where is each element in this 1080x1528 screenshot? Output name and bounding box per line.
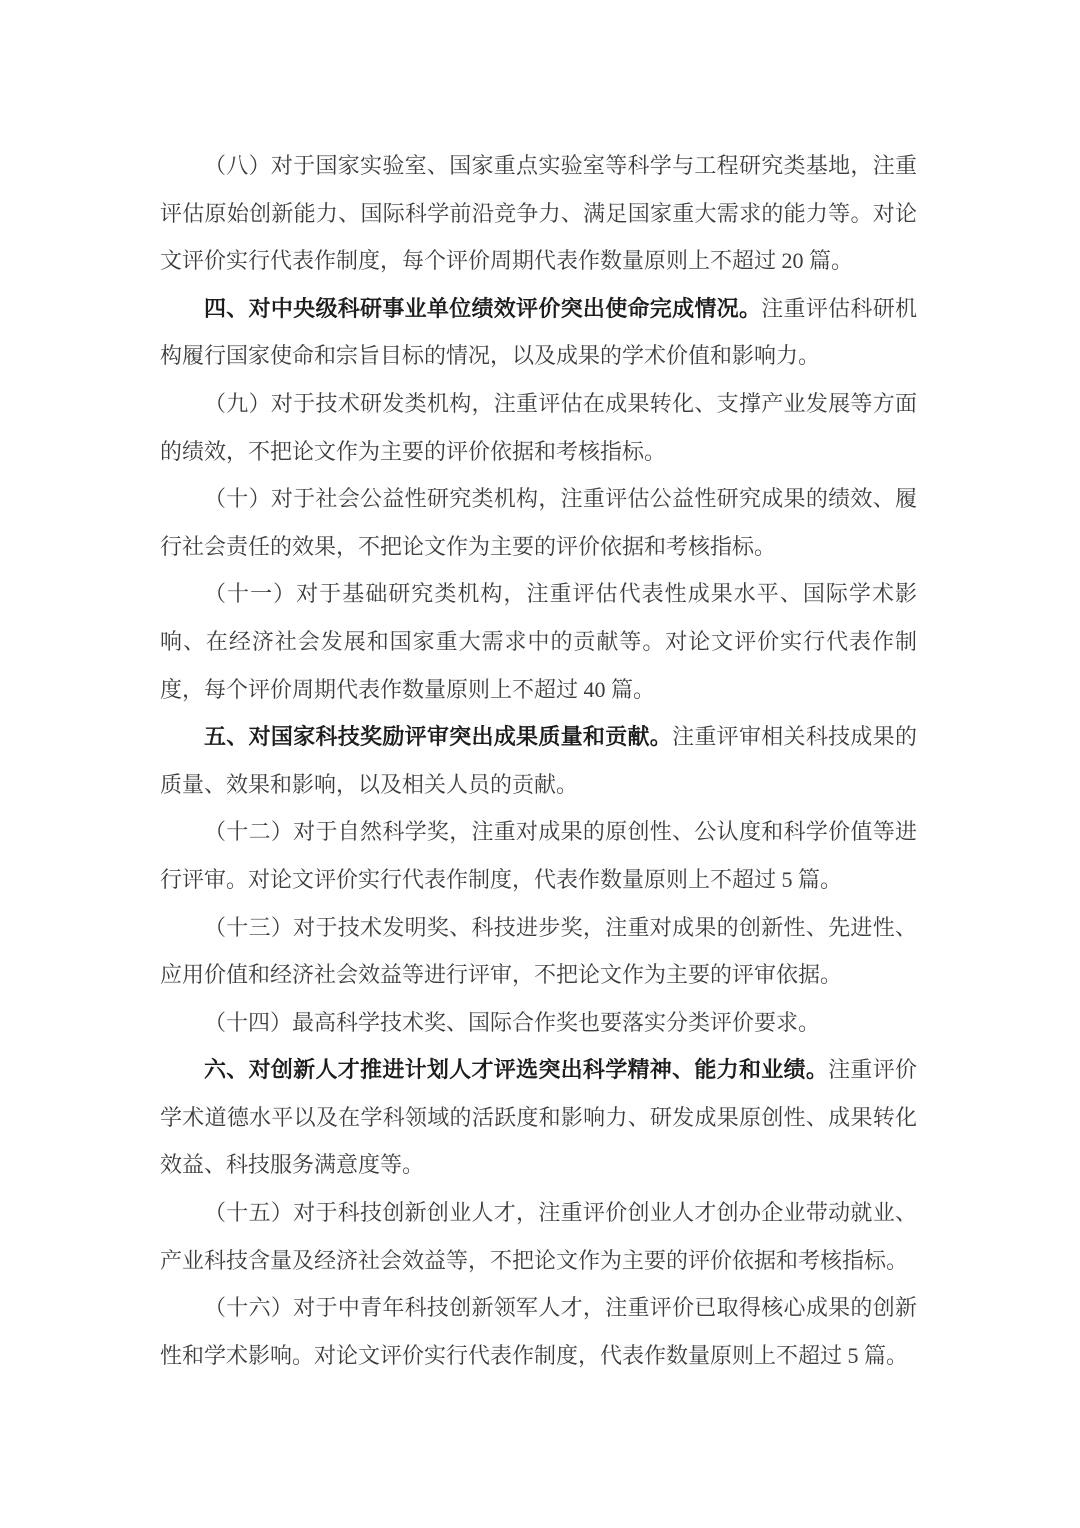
paragraph-text: （十六）对于中青年科技创新领军人才，注重评价已取得核心成果的创新性和学术影响。对…: [160, 1295, 917, 1368]
paragraph-item-10: （十）对于社会公益性研究类机构，注重评估公益性研究成果的绩效、履行社会责任的效果…: [160, 475, 917, 570]
paragraph-item-11: （十一）对于基础研究类机构，注重评估代表性成果水平、国际学术影响、在经济社会发展…: [160, 570, 917, 713]
paragraph-item-15: （十五）对于科技创新创业人才，注重评价创业人才创办企业带动就业、产业科技含量及经…: [160, 1189, 917, 1284]
paragraph-text: （十四）最高科学技术奖、国际合作奖也要落实分类评价要求。: [204, 1010, 820, 1035]
paragraph-item-12: （十二）对于自然科学奖，注重对成果的原创性、公认度和科学价值等进行评审。对论文评…: [160, 808, 917, 903]
section-heading-lead: 六、对创新人才推进计划人才评选突出科学精神、能力和业绩。: [204, 1057, 828, 1082]
section-heading-lead: 四、对中央级科研事业单位绩效评价突出使命完成情况。: [204, 296, 761, 321]
paragraph-text: （十二）对于自然科学奖，注重对成果的原创性、公认度和科学价值等进行评审。对论文评…: [160, 819, 917, 892]
section-heading-lead: 五、对国家科技奖励评审突出成果质量和贡献。: [204, 724, 672, 749]
section-heading-5: 五、对国家科技奖励评审突出成果质量和贡献。注重评审相关科技成果的质量、效果和影响…: [160, 713, 917, 808]
section-heading-4: 四、对中央级科研事业单位绩效评价突出使命完成情况。注重评估科研机构履行国家使命和…: [160, 285, 917, 380]
paragraph-text: （十五）对于科技创新创业人才，注重评价创业人才创办企业带动就业、产业科技含量及经…: [160, 1200, 917, 1273]
paragraph-text: （十三）对于技术发明奖、科技进步奖，注重对成果的创新性、先进性、应用价值和经济社…: [160, 915, 917, 988]
paragraph-text: （十一）对于基础研究类机构，注重评估代表性成果水平、国际学术影响、在经济社会发展…: [160, 581, 917, 701]
document-page: （八）对于国家实验室、国家重点实验室等科学与工程研究类基地，注重评估原始创新能力…: [0, 0, 1080, 1528]
paragraph-text: （九）对于技术研发类机构，注重评估在成果转化、支撑产业发展等方面的绩效，不把论文…: [160, 391, 917, 464]
paragraph-item-9: （九）对于技术研发类机构，注重评估在成果转化、支撑产业发展等方面的绩效，不把论文…: [160, 380, 917, 475]
paragraph-text: （十）对于社会公益性研究类机构，注重评估公益性研究成果的绩效、履行社会责任的效果…: [160, 486, 917, 559]
document-text-block: （八）对于国家实验室、国家重点实验室等科学与工程研究类基地，注重评估原始创新能力…: [160, 142, 917, 1379]
paragraph-text: （八）对于国家实验室、国家重点实验室等科学与工程研究类基地，注重评估原始创新能力…: [160, 153, 917, 273]
paragraph-item-13: （十三）对于技术发明奖、科技进步奖，注重对成果的创新性、先进性、应用价值和经济社…: [160, 904, 917, 999]
paragraph-item-16: （十六）对于中青年科技创新领军人才，注重评价已取得核心成果的创新性和学术影响。对…: [160, 1284, 917, 1379]
paragraph-item-14: （十四）最高科学技术奖、国际合作奖也要落实分类评价要求。: [160, 999, 917, 1047]
section-heading-6: 六、对创新人才推进计划人才评选突出科学精神、能力和业绩。注重评价学术道德水平以及…: [160, 1046, 917, 1189]
paragraph-item-8: （八）对于国家实验室、国家重点实验室等科学与工程研究类基地，注重评估原始创新能力…: [160, 142, 917, 285]
